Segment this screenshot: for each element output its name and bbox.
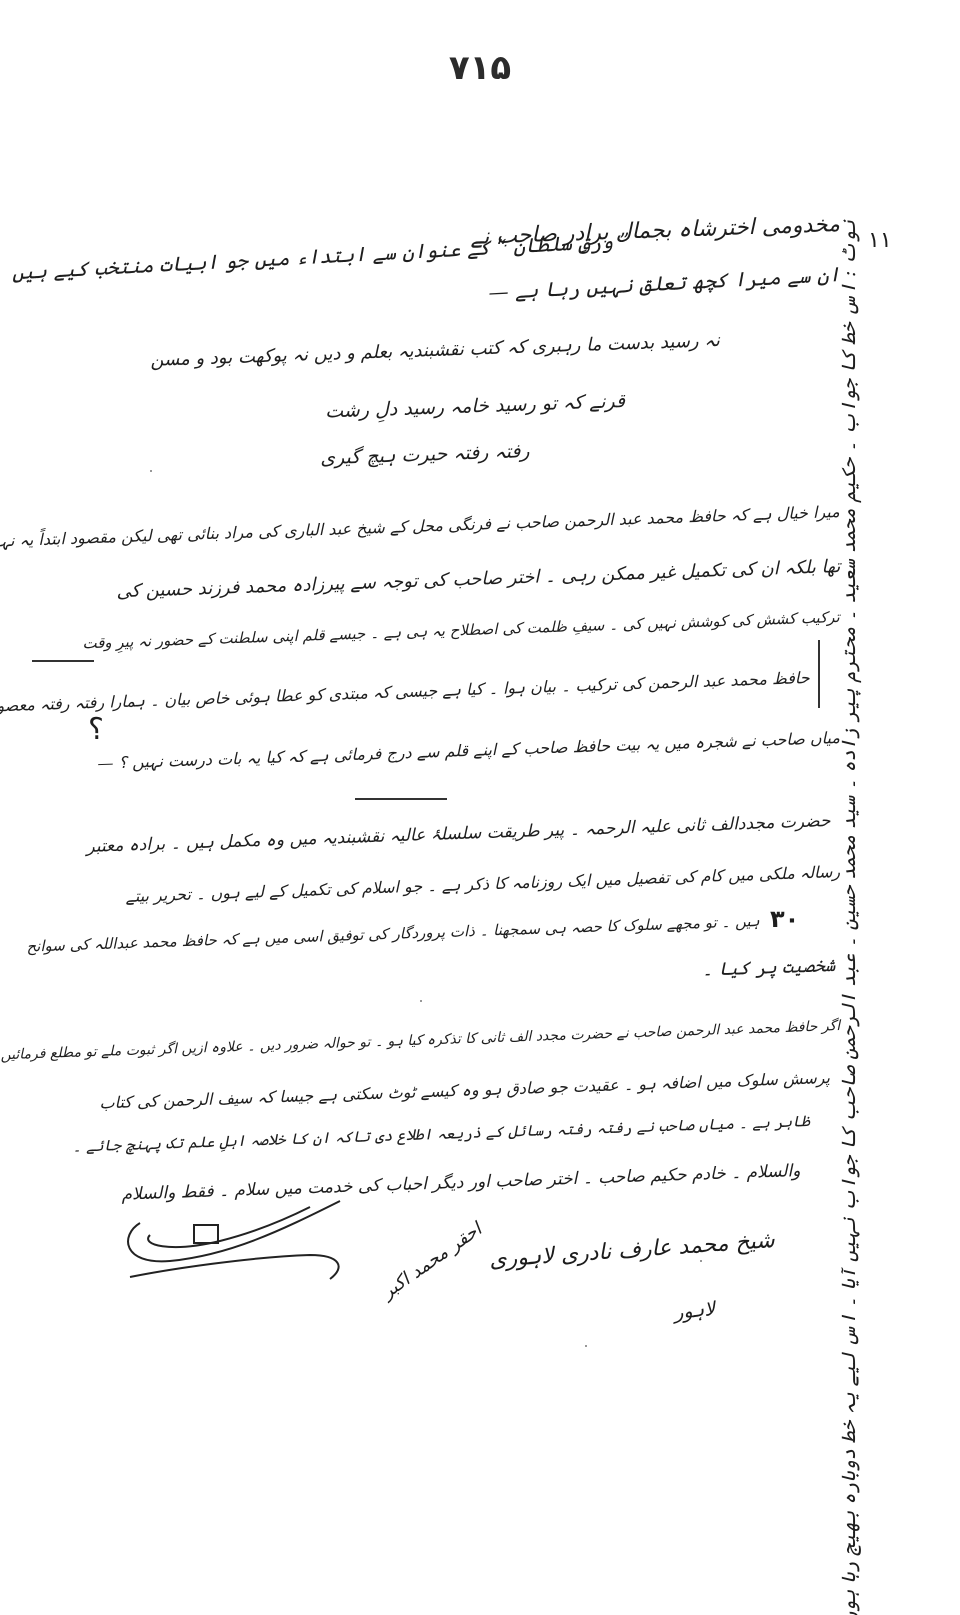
paragraph-3-line-1: اگر حافظ محمد عبد الرحمن صاحب نے حضرت مج… bbox=[0, 1018, 840, 1063]
left-signature-name: احقر محمد اکبر bbox=[378, 1219, 486, 1303]
paragraph-1-line-5: میاں صاحب نے شجرہ میں یہ بیت حافظ صاحب ک… bbox=[97, 728, 840, 773]
paragraph-2-line-2: رسالہ ملکی میں کام کی تفصیل میں ایک روزن… bbox=[125, 862, 840, 906]
margin-rule bbox=[818, 640, 820, 708]
left-signature-block: احقر محمد اکبر bbox=[110, 1195, 370, 1285]
paragraph-1-line-3: ترکیب کشش کی کوشش نہیں کی ۔ سیفِ ظلمت کی… bbox=[83, 608, 841, 652]
underline-mark-1 bbox=[32, 660, 94, 662]
paragraph-2-line-4: شخصیت پر کیا ۔ bbox=[702, 955, 836, 981]
underline-mark-2 bbox=[355, 798, 447, 800]
scan-speck bbox=[150, 470, 152, 472]
question-mark: ؟ bbox=[88, 712, 104, 747]
scan-speck bbox=[585, 1345, 587, 1347]
scan-speck bbox=[420, 1000, 422, 1002]
signature-flourish-icon bbox=[110, 1195, 370, 1285]
section-number: ۳۰ bbox=[770, 905, 799, 933]
opening-line-3: ان سے میرا کچھ تعلق نہیں رہا ہے — bbox=[488, 262, 841, 304]
opening-line-2: ” ورقِ سلطان “ کے عنوان سے ابتداء میں جو… bbox=[11, 228, 630, 284]
margin-note: نوٹ : اس خط کا جواب ۔ حکیم محمد سعید ۔ م… bbox=[838, 220, 860, 1200]
signature-place: لاہور bbox=[673, 1298, 716, 1324]
margin-leading-mark: ۱۱ bbox=[868, 228, 892, 253]
scan-speck bbox=[700, 1260, 702, 1262]
paragraph-1-line-4: حافظ محمد عبد الرحمن کی ترکیب ۔ بیان ہوا… bbox=[0, 668, 810, 716]
verse-line-1: نہ رسید بدست ما رہبری کہ کتب نقشبندیہ بع… bbox=[150, 330, 720, 371]
right-signature-name: شیخ محمد عارف نادری لاہوری bbox=[489, 1228, 776, 1273]
paragraph-3-line-3: ظاہر ہے ۔ میاں صاحب نے رفتہ رفتہ رسائل ک… bbox=[72, 1112, 810, 1156]
page-number: ۷۱۵ bbox=[0, 48, 960, 88]
verse-line-2: قرنے کہ تو رسید خامہ رسید دلِ رشت bbox=[325, 390, 626, 422]
verse-line-3: رفتہ رفتہ حیرت ہیچ گیری bbox=[320, 440, 530, 469]
paragraph-1-line-2: تھا بلکہ ان کی تکمیل غیر ممکن رہی ۔ اختر… bbox=[116, 556, 841, 602]
paragraph-3-line-2: پرسش سلوک میں اضافہ ہو ۔ عقیدت جو صادق ہ… bbox=[99, 1068, 830, 1112]
paragraph-2-line-1: حضرت مجددالف ثانی علیہ الرحمہ ۔ پیر طریق… bbox=[86, 810, 831, 857]
paragraph-1-line-1: میرا خیال ہے کہ حافظ محمد عبد الرحمن صاح… bbox=[0, 502, 840, 551]
paragraph-2-line-3: ہیں ۔ تو مجھے سلوک کا حصہ ہی سمجھنا ۔ ذا… bbox=[26, 912, 760, 956]
